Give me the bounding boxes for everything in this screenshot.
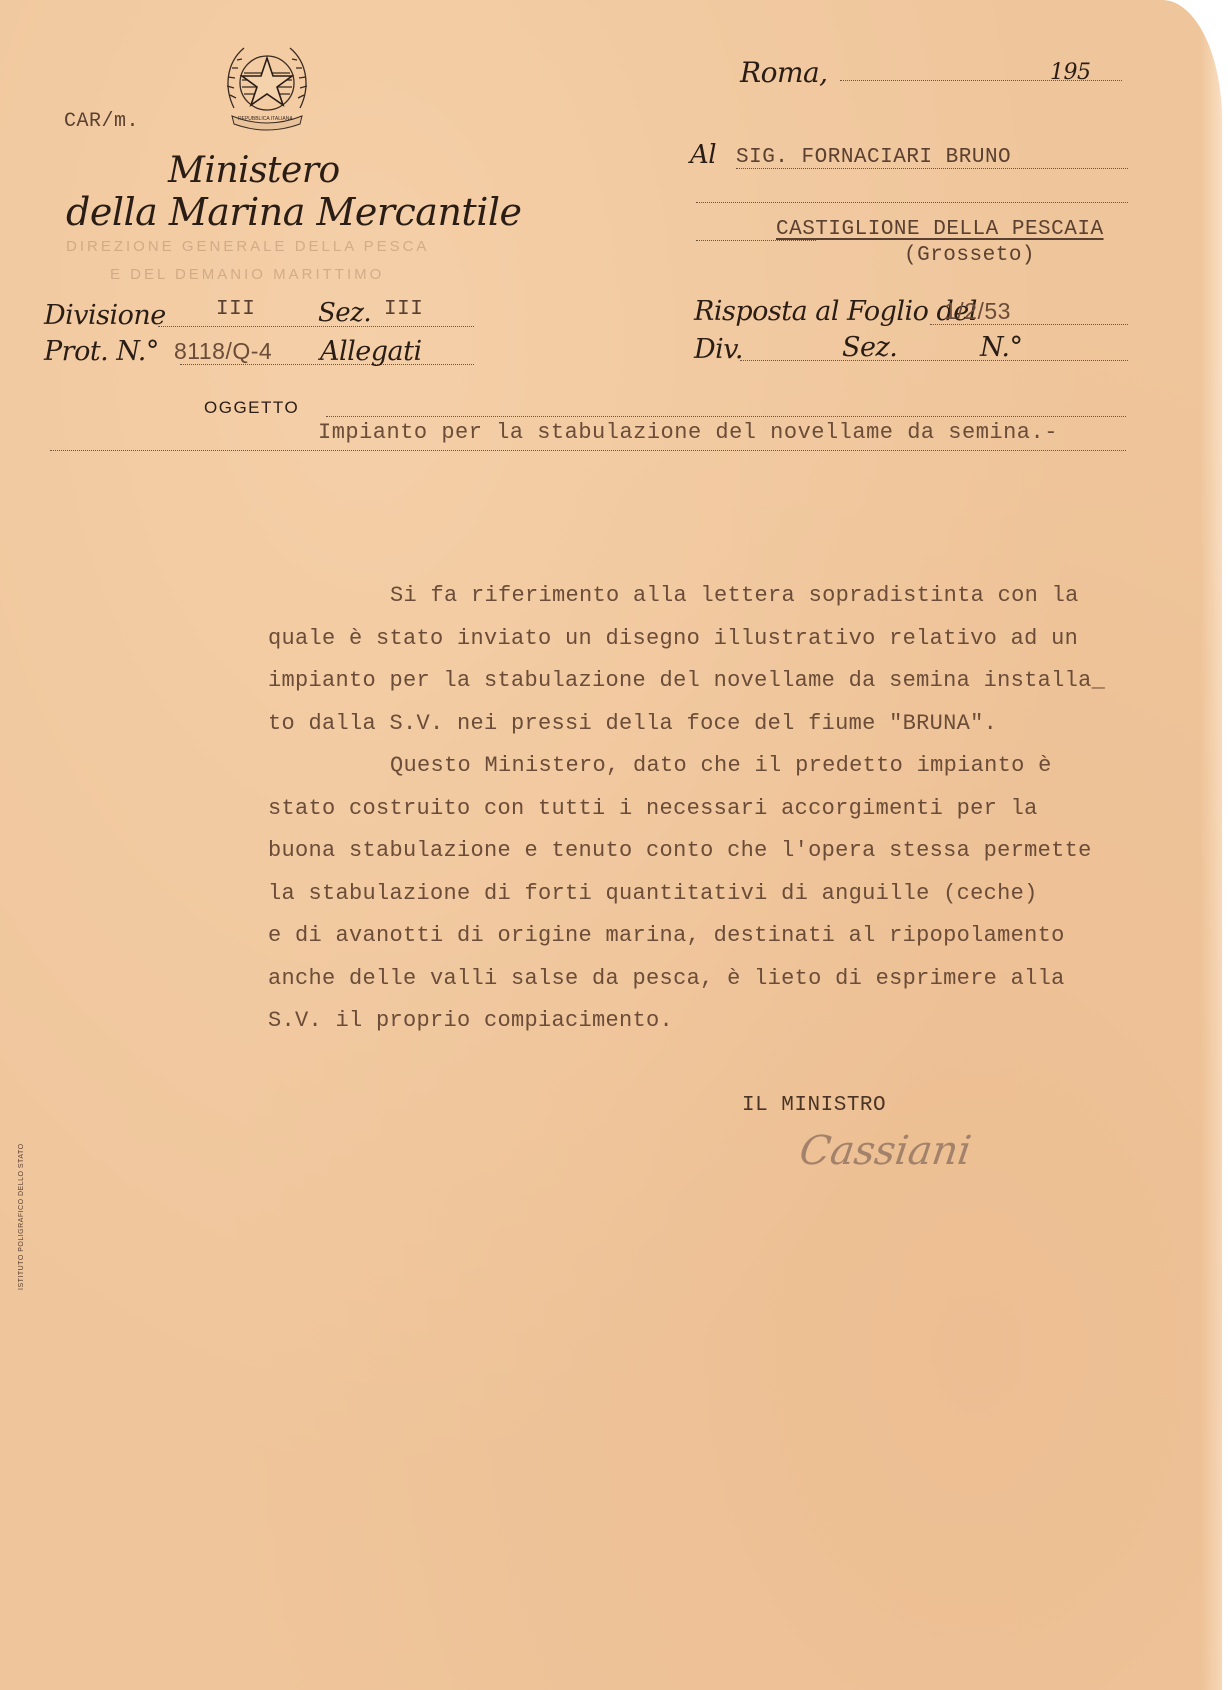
body-line: impianto per la stabulazione del novella… <box>268 660 1198 703</box>
body-line: to dalla S.V. nei pressi della foce del … <box>268 703 1198 746</box>
attachments-label: Allegati <box>320 336 422 367</box>
section-label: Sez. <box>318 298 371 328</box>
body-line: buona stabulazione e tenuto conto che l'… <box>268 830 1198 873</box>
recipient-prefix: Al <box>690 140 716 170</box>
reply-sez-label: Sez. <box>842 332 897 363</box>
faded-directorate-line2: E DEL DEMANIO MARITTIMO <box>110 266 384 283</box>
recipient-line1 <box>736 168 1128 169</box>
recipient-line2 <box>696 202 1128 203</box>
body-line: anche delle valli salse da pesca, è liet… <box>268 958 1198 1001</box>
ministry-title-line1: Ministero <box>168 150 340 191</box>
protocol-value: 8118/Q-4 <box>174 338 272 365</box>
division-label: Divisione <box>44 300 166 331</box>
reply-date: 1/2/53 <box>944 298 1011 325</box>
letter-body: Si fa riferimento alla lettera sopradist… <box>268 575 1198 1043</box>
subject-line1 <box>326 416 1126 417</box>
emblem-motto: REPUBBLICA ITALIANA <box>238 116 293 122</box>
reference-code: CAR/m. <box>64 110 139 133</box>
body-line: Si fa riferimento alla lettera sopradist… <box>268 575 1198 618</box>
reply-div-line <box>740 360 1128 361</box>
printer-mark: ISTITUTO POLIGRAFICO DELLO STATO <box>18 1143 25 1290</box>
reply-label: Risposta al Foglio del <box>694 296 977 327</box>
body-line: quale è stato inviato un disegno illustr… <box>268 618 1198 661</box>
recipient-city: CASTIGLIONE DELLA PESCAIA <box>776 218 1104 241</box>
body-line: e di avanotti di origine marina, destina… <box>268 915 1198 958</box>
subject-label: OGGETTO <box>204 398 299 418</box>
body-line: stato costruito con tutti i necessari ac… <box>268 788 1198 831</box>
division-value: III <box>216 298 255 321</box>
letter-paper: REPUBBLICA ITALIANA CAR/m. Ministero del… <box>0 0 1222 1690</box>
recipient-province: (Grosseto) <box>904 244 1035 267</box>
subject-text: Impianto per la stabulazione del novella… <box>318 420 1058 445</box>
protocol-label: Prot. N.° <box>44 336 159 367</box>
section-value: III <box>384 298 423 321</box>
body-line: Questo Ministero, dato che il predetto i… <box>268 745 1198 788</box>
handwritten-signature: Cassiani <box>797 1128 974 1174</box>
year-prefix: 195 <box>1050 60 1091 85</box>
signature-title: IL MINISTRO <box>742 1094 886 1117</box>
reply-div-label: Div. <box>694 334 743 365</box>
ministry-title-line2: della Marina Mercantile <box>66 190 521 234</box>
body-line: S.V. il proprio compiacimento. <box>268 1000 1198 1043</box>
reply-num-label: N.° <box>980 332 1022 363</box>
division-line <box>158 326 474 327</box>
body-line: la stabulazione di forti quantitativi di… <box>268 873 1198 916</box>
subject-line2 <box>50 450 1126 451</box>
faded-directorate-line1: DIREZIONE GENERALE DELLA PESCA <box>66 238 429 255</box>
recipient-name: SIG. FORNACIARI BRUNO <box>736 146 1011 169</box>
place-label: Roma, <box>740 56 828 89</box>
recipient-line3 <box>696 240 816 241</box>
